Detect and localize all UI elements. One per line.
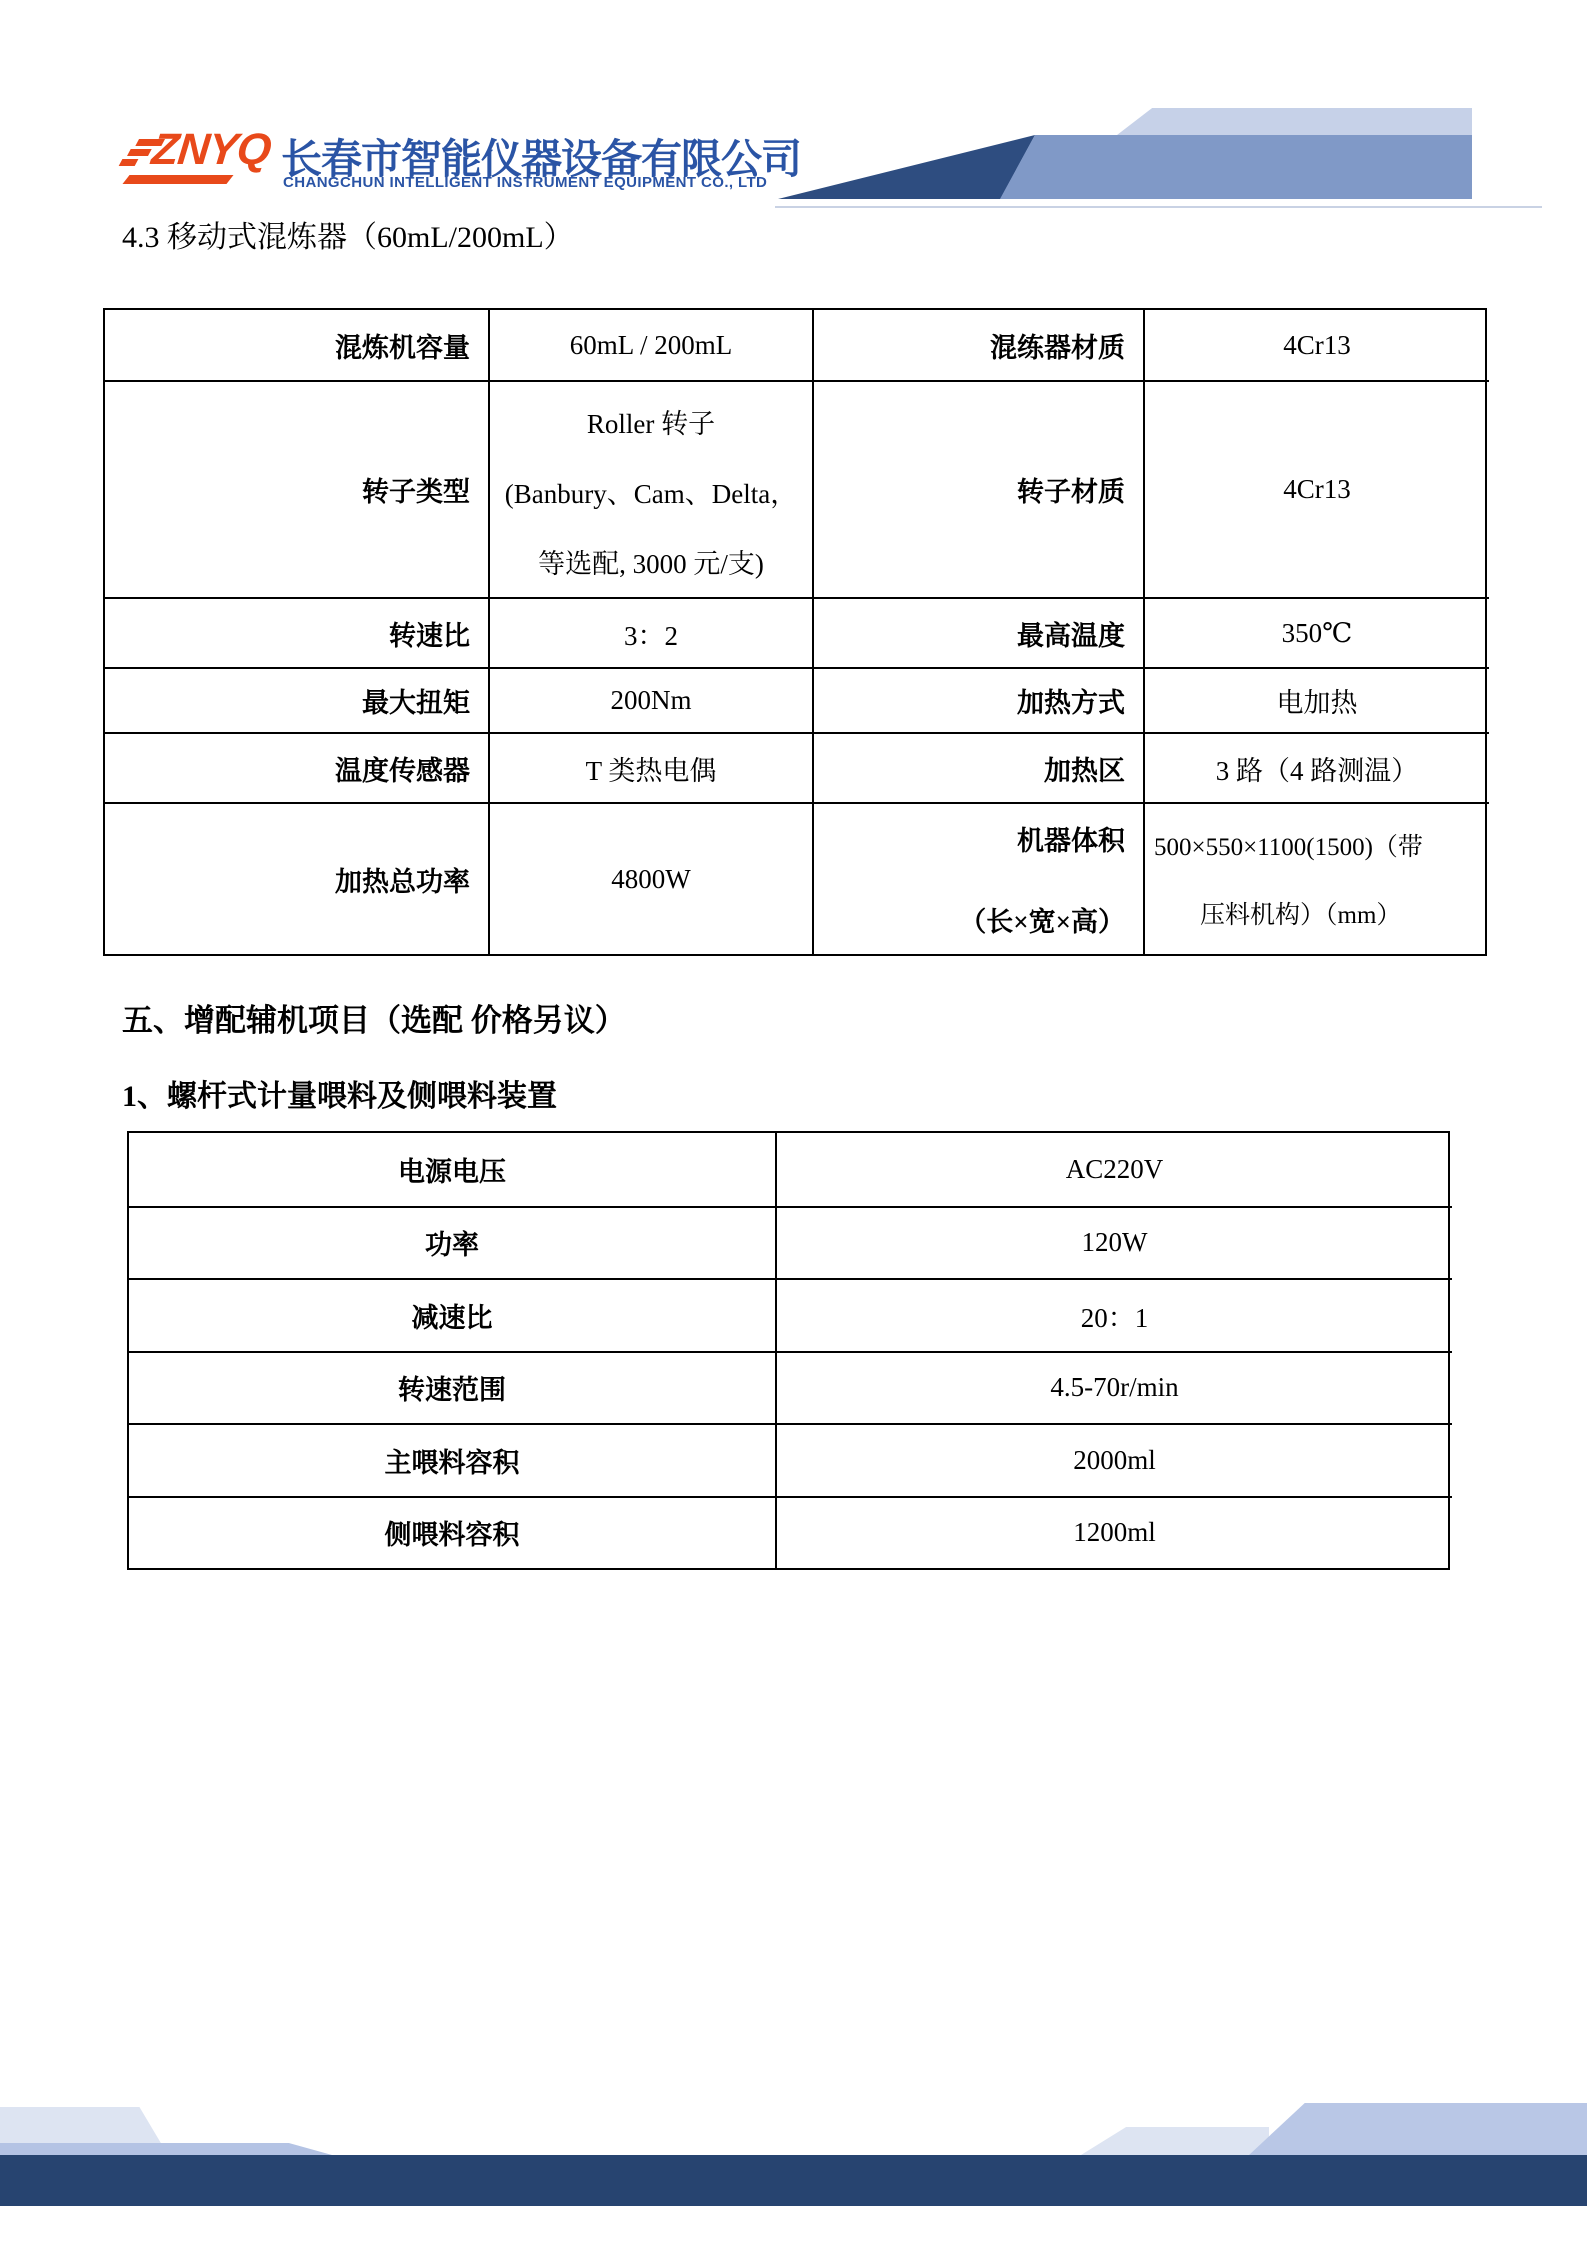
feeder-value: 120W — [775, 1206, 1452, 1279]
spec-value-multiline: Roller 转子 (Banbury、Cam、Delta， 等选配, 3000 … — [488, 380, 812, 597]
spec-value-line: (Banbury、Cam、Delta， — [505, 472, 797, 511]
spec-label: 温度传感器 — [105, 732, 488, 802]
spec-label: 转速比 — [105, 597, 488, 667]
company-name-en: CHANGCHUN INTELLIGENT INSTRUMENT EQUIPME… — [283, 174, 767, 191]
section-5-subtitle: 1、螺杆式计量喂料及侧喂料装置 — [122, 1076, 557, 1118]
logo-underline-icon — [122, 175, 233, 184]
spec-label: 转子材质 — [812, 380, 1143, 597]
spec-value: 3 路（4 路测温） — [1143, 732, 1489, 802]
header-rule-line — [775, 206, 1542, 208]
spec-label: 混炼机容量 — [105, 310, 488, 380]
spec-label: 最高温度 — [812, 597, 1143, 667]
footer-navy-band — [0, 2155, 1587, 2206]
footer-deco-right-medium — [1249, 2103, 1587, 2155]
feeder-value: 1200ml — [775, 1496, 1452, 1569]
spec-value: 3：2 — [488, 597, 812, 667]
feeder-label: 主喂料容积 — [129, 1423, 775, 1496]
logo-text: ZNYQ — [149, 125, 272, 175]
spec-value: 4Cr13 — [1143, 310, 1489, 380]
spec-label-line: （长×宽×高） — [959, 900, 1125, 939]
footer-deco-right-pale — [1081, 2127, 1269, 2155]
feeder-value: 2000ml — [775, 1423, 1452, 1496]
header-deco-light-strip — [1117, 108, 1472, 135]
spec-label-multiline: 机器体积 （长×宽×高） — [812, 802, 1143, 954]
spec-label: 最大扭矩 — [105, 667, 488, 732]
feeder-label: 电源电压 — [129, 1133, 775, 1206]
spec-label: 加热总功率 — [105, 802, 488, 954]
document-page: ZNYQ 长春市智能仪器设备有限公司 CHANGCHUN INTELLIGENT… — [0, 0, 1587, 2245]
spec-label: 混练器材质 — [812, 310, 1143, 380]
spec-value: 电加热 — [1143, 667, 1489, 732]
spec-label: 转子类型 — [105, 380, 488, 597]
feeder-label: 功率 — [129, 1206, 775, 1279]
header-deco-dark-triangle — [778, 135, 1035, 199]
feeder-value: AC220V — [775, 1133, 1452, 1206]
section-5-title: 五、增配辅机项目（选配 价格另议） — [122, 1000, 626, 1042]
spec-value-line: Roller 转子 — [587, 402, 715, 441]
feeder-label: 转速范围 — [129, 1351, 775, 1424]
spec-value: 350℃ — [1143, 597, 1489, 667]
feeder-value: 20：1 — [775, 1278, 1452, 1351]
spec-label-line: 机器体积 — [1017, 819, 1125, 858]
header-deco-medium-band — [1000, 135, 1472, 199]
feeder-value: 4.5-70r/min — [775, 1351, 1452, 1424]
spec-value: 4800W — [488, 802, 812, 954]
spec-value: 200Nm — [488, 667, 812, 732]
spec-value: 60mL / 200mL — [488, 310, 812, 380]
section-4-3-title: 4.3 移动式混炼器（60mL/200mL） — [122, 218, 574, 258]
spec-value-line: 500×550×1100(1500)（带 — [1154, 827, 1423, 863]
footer-deco-left-medium — [0, 2143, 332, 2155]
spec-value-multiline: 500×550×1100(1500)（带 压料机构）（mm） — [1143, 802, 1489, 954]
feeder-table: 电源电压 AC220V 功率 120W 减速比 20：1 转速范围 4.5-70… — [127, 1131, 1450, 1570]
spec-value-line: 压料机构）（mm） — [1154, 895, 1401, 931]
spec-label: 加热区 — [812, 732, 1143, 802]
spec-value: 4Cr13 — [1143, 380, 1489, 597]
spec-label: 加热方式 — [812, 667, 1143, 732]
feeder-label: 减速比 — [129, 1278, 775, 1351]
spec-table: 混炼机容量 60mL / 200mL 混练器材质 4Cr13 转子类型 Roll… — [103, 308, 1487, 956]
spec-value: T 类热电偶 — [488, 732, 812, 802]
feeder-label: 侧喂料容积 — [129, 1496, 775, 1569]
spec-value-line: 等选配, 3000 元/支) — [538, 542, 764, 581]
company-logo: ZNYQ — [130, 133, 280, 183]
